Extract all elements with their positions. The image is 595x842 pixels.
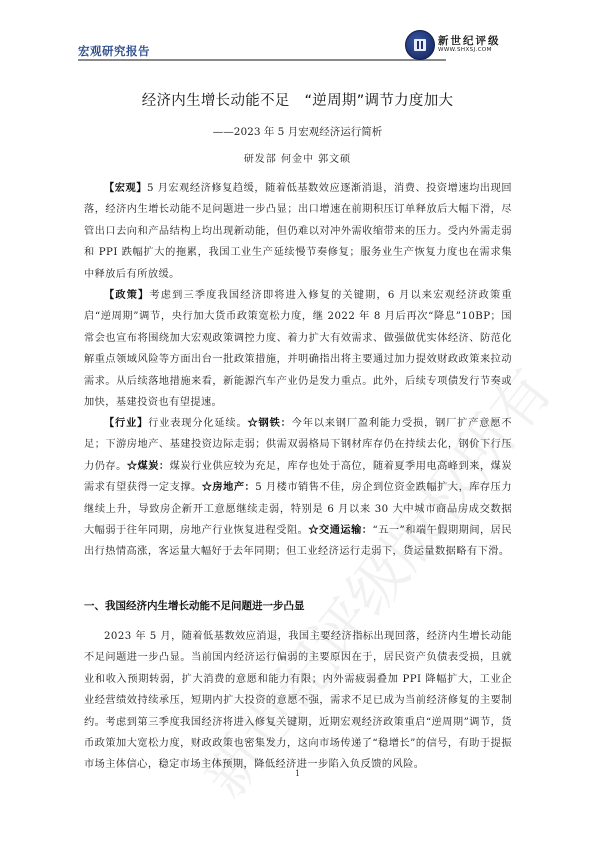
industry-label-real-estate: ☆房地产：: [202, 481, 256, 493]
industry-label-steel: ☆钢铁：: [248, 417, 292, 429]
section-body: 2023 年 5 月，随着低基数效应消退，我国主要经济指标出现回落，经济内生增长…: [84, 626, 512, 776]
logo-url: WWW.SHXSJ.COM: [438, 47, 492, 53]
report-type-label: 宏观研究报告: [78, 43, 150, 59]
summary-text: 考虑到三季度我国经济即将进入修复的关键期，6 月以来宏观经济政策重启“逆周期”调…: [84, 290, 512, 408]
summary-tag: 【行业】: [104, 417, 148, 429]
summary-tag: 【政策】: [104, 289, 149, 301]
header-divider: [78, 59, 446, 61]
document-subtitle: ——2023 年 5 月宏观经济运行简析: [0, 124, 595, 139]
summary-macro: 【宏观】5 月宏观经济修复趋缓，随着低基数效应逐渐消退，消费、投资增速均出现回落…: [84, 178, 512, 285]
summary-industry: 【行业】行业表现分化延续。☆钢铁：今年以来钢厂盈利能力受损，钢厂扩产意愿不足；下…: [84, 413, 512, 563]
header-bar: 宏观研究报告: [78, 28, 446, 62]
section-heading: 一、我国经济内生增长动能不足问题进一步凸显: [84, 598, 305, 613]
industry-label-coal: ☆煤炭：: [127, 460, 170, 472]
document-title: 经济内生增长动能不足 “逆周期”调节力度加大: [0, 89, 595, 110]
summary-policy: 【政策】考虑到三季度我国经济即将进入修复的关键期，6 月以来宏观经济政策重启“逆…: [84, 285, 512, 413]
industry-label-transport: ☆交通运输：: [308, 524, 372, 536]
document-authors: 研发部 何金中 郭文硕: [0, 150, 595, 165]
page-number: 1: [0, 769, 595, 778]
logo-name: 新世纪评级: [438, 33, 501, 48]
summary-tag: 【宏观】: [104, 182, 147, 194]
company-seal-icon: [405, 30, 435, 60]
company-logo: 新世纪评级 WWW.SHXSJ.COM: [405, 30, 523, 60]
summary-text: 5 月宏观经济修复趋缓，随着低基数效应逐渐消退，消费、投资增速均出现回落，经济内…: [84, 183, 512, 280]
summary-text: 行业表现分化延续。: [148, 418, 247, 429]
seal-emblem-icon: [414, 39, 426, 51]
